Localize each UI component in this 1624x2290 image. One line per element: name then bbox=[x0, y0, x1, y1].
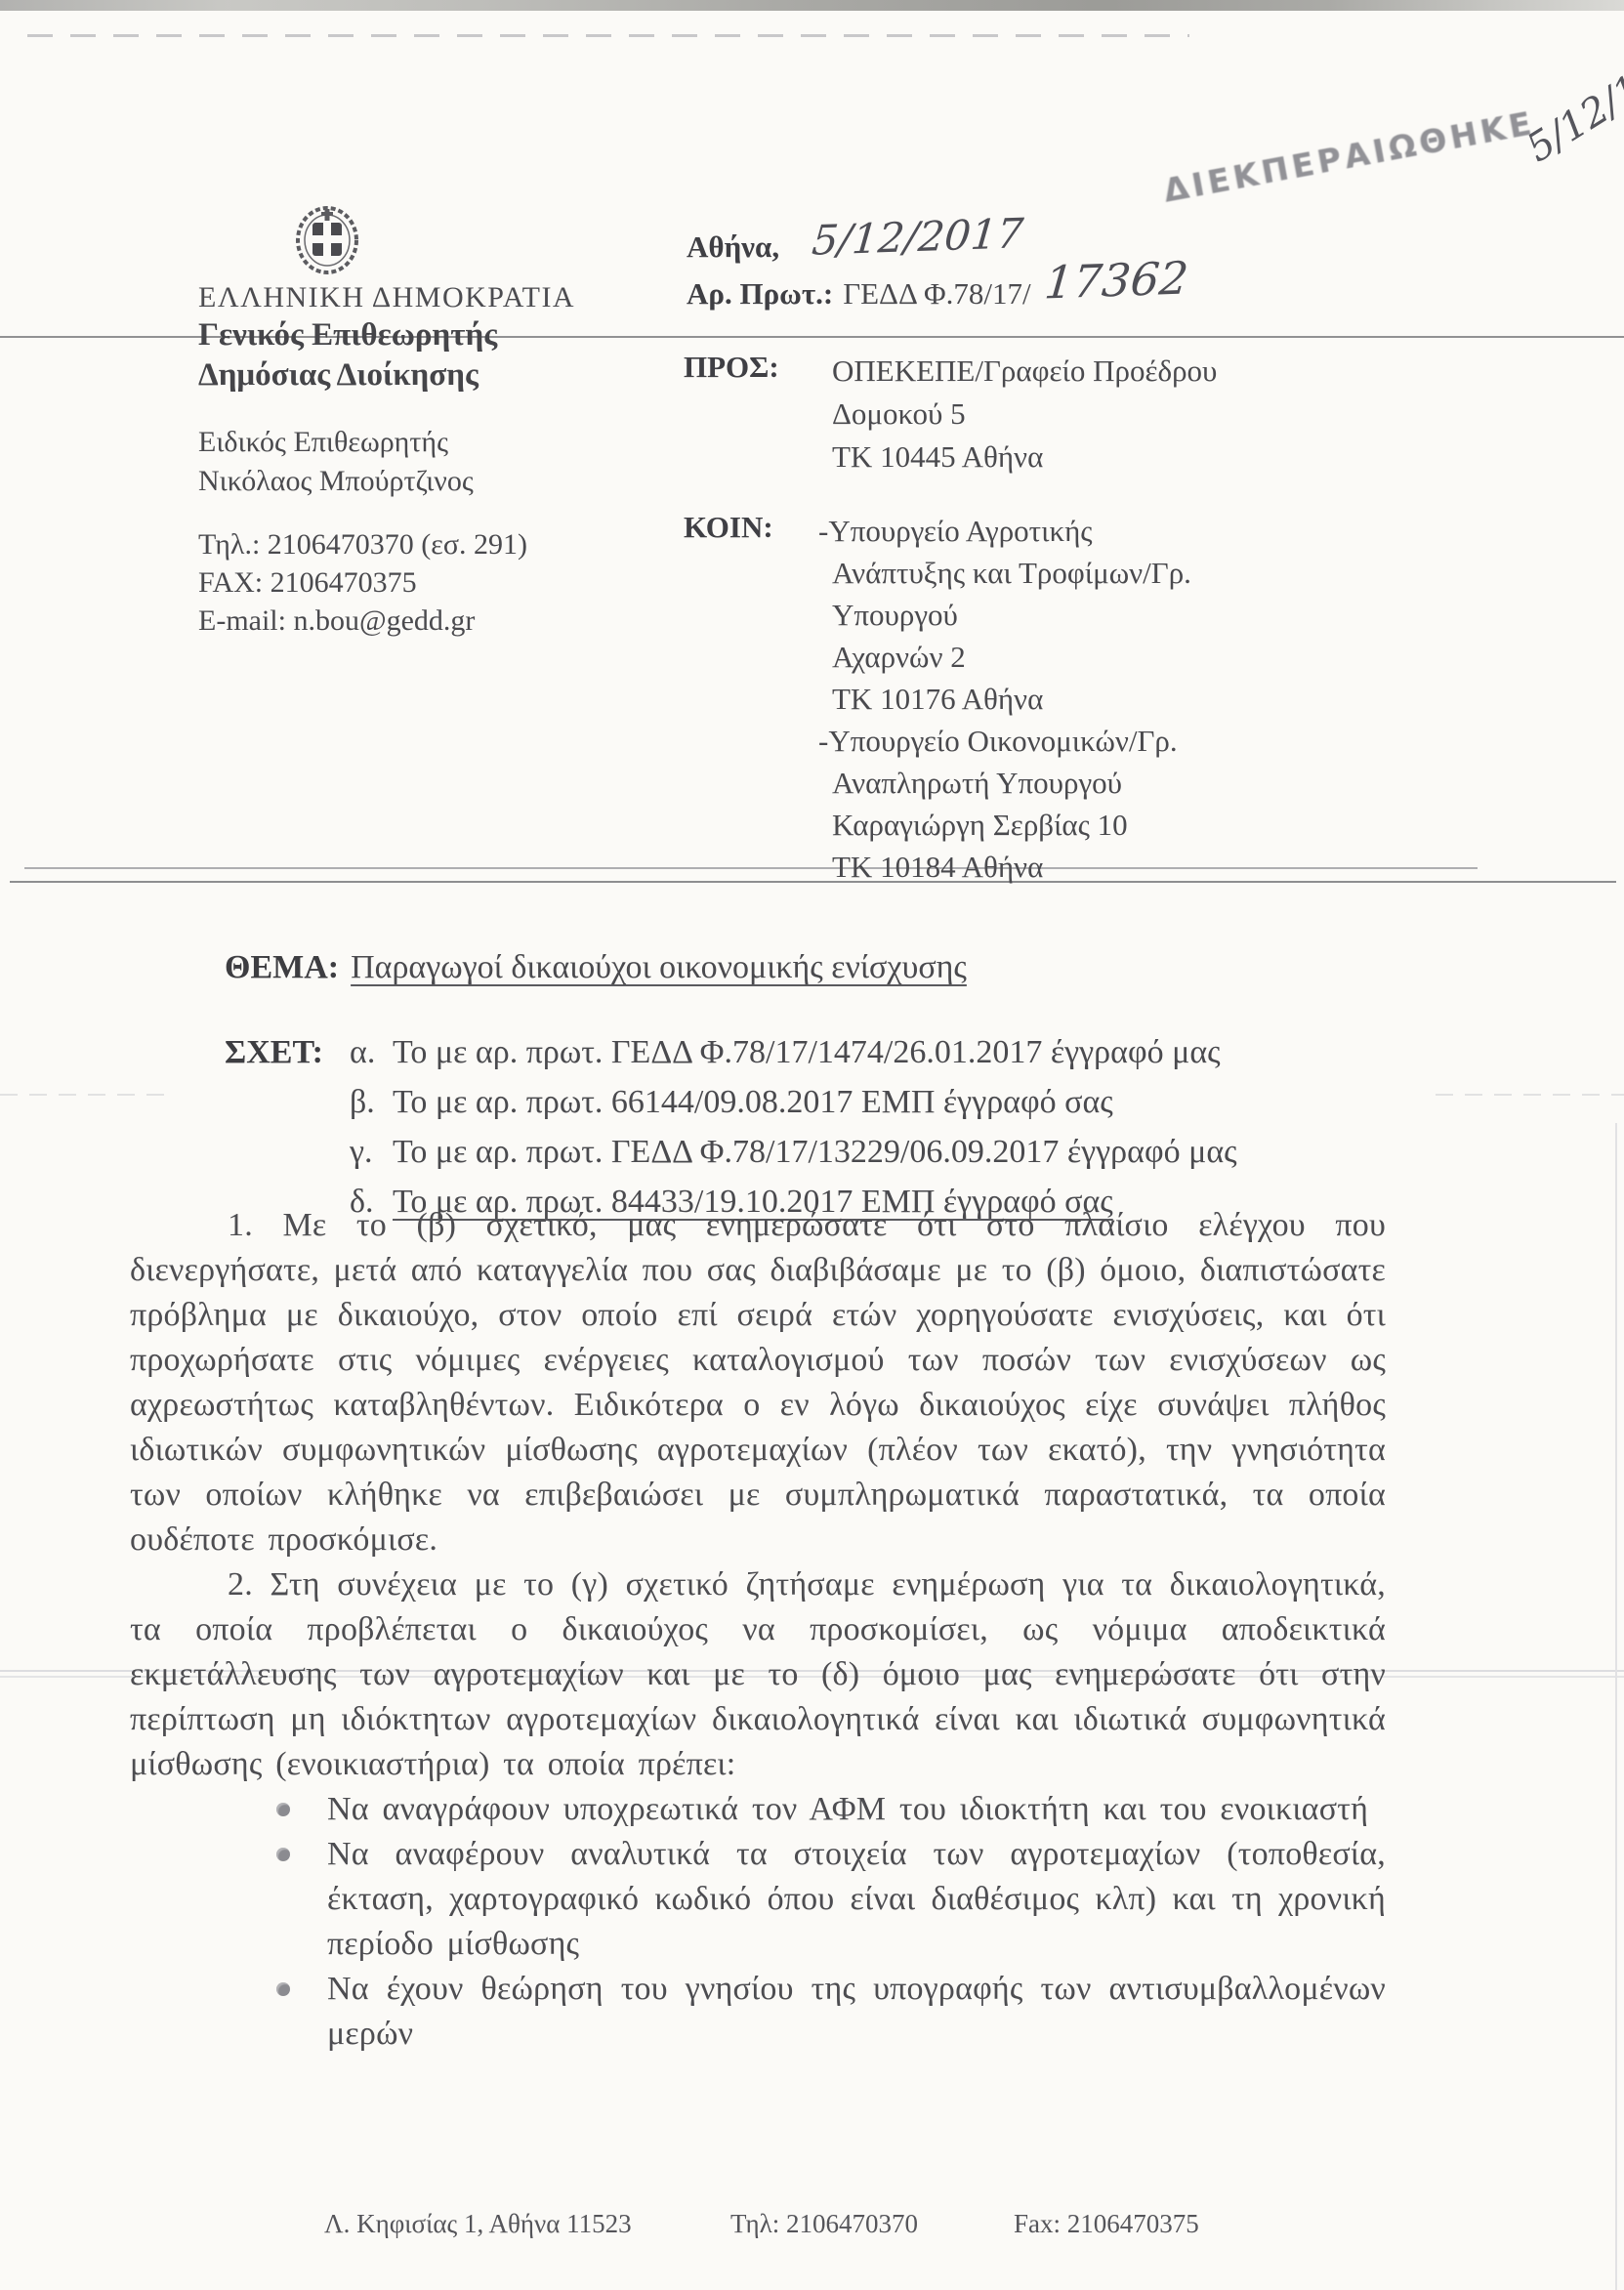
scan-artifact-top-band bbox=[0, 0, 1624, 11]
inspector-block: Ειδικός Επιθεωρητής Νικόλαος Μπούρτζινος bbox=[198, 423, 474, 501]
cc-line: Καραγιώργη Σερβίας 10 bbox=[832, 804, 1191, 846]
stamp-date-handwritten: 5/12/17 bbox=[1520, 54, 1624, 172]
list-item-text: Να αναφέρουν αναλυτικά τα στοιχεία των α… bbox=[327, 1836, 1386, 1962]
reference-text: Το με αρ. πρωτ. 66144/09.08.2017 ΕΜΠ έγγ… bbox=[393, 1084, 1113, 1120]
cc-label: ΚΟΙΝ: bbox=[684, 510, 773, 545]
footer-phone: Τηλ: 2106470370 bbox=[730, 2209, 918, 2239]
reference-index: γ. bbox=[350, 1127, 393, 1177]
cc-line: ΤΚ 10184 Αθήνα bbox=[832, 846, 1191, 888]
references-items: α.Το με αρ. πρωτ. ΓΕΔΔ Φ.78/17/1474/26.0… bbox=[350, 1027, 1237, 1227]
contact-block: Τηλ.: 2106470370 (εσ. 291) FAX: 21064703… bbox=[198, 525, 527, 640]
cc-address: -Υπουργείο Αγροτικής Ανάπτυξης και Τροφί… bbox=[832, 510, 1191, 888]
city-date-line: Αθήνα,5/12/2017 bbox=[687, 219, 1022, 267]
greek-coat-of-arms-icon bbox=[293, 201, 361, 282]
reference-text: Το με αρ. πρωτ. ΓΕΔΔ Φ.78/17/1474/26.01.… bbox=[393, 1034, 1221, 1070]
office-title-line2: Δημόσιας Διοίκησης bbox=[198, 357, 479, 394]
to-line: ΟΠΕΚΕΠΕ/Γραφείο Προέδρου bbox=[832, 350, 1217, 393]
dispatch-stamp-text: ΔΙΕΚΠΕΡΑΙΩΘΗΚΕ bbox=[1160, 104, 1538, 210]
protocol-prefix: ΓΕΔΔ Φ.78/17/ bbox=[843, 276, 1030, 311]
cc-line: Αναπληρωτή Υπουργού bbox=[832, 762, 1191, 804]
inspector-title: Ειδικός Επιθεωρητής bbox=[198, 423, 474, 462]
reference-item: γ.Το με αρ. πρωτ. ΓΕΔΔ Φ.78/17/13229/06.… bbox=[350, 1127, 1237, 1177]
scan-artifact-faint-line-left bbox=[0, 1094, 176, 1096]
header-separator-rule-upper bbox=[24, 867, 1478, 869]
subject-line: ΘΕΜΑ:Παραγωγοί δικαιούχοι οικονομικής εν… bbox=[225, 949, 967, 986]
subject-text: Παραγωγοί δικαιούχοι οικονομικής ενίσχυσ… bbox=[351, 949, 967, 985]
list-item-text: Να αναγράφουν υποχρεωτικά τον ΑΦΜ του ιδ… bbox=[327, 1791, 1368, 1827]
references-label: ΣΧΕΤ: bbox=[225, 1027, 323, 1077]
letter-body: 1. Με το (β) σχετικό, μας ενημερώσατε ότ… bbox=[130, 1203, 1386, 2057]
contact-email: E-mail: n.bou@gedd.gr bbox=[198, 602, 527, 640]
cc-line: ΤΚ 10176 Αθήνα bbox=[832, 678, 1191, 720]
scan-artifact-right-edge bbox=[1615, 1123, 1617, 2290]
contact-phone: Τηλ.: 2106470370 (εσ. 291) bbox=[198, 525, 527, 563]
list-item: Να αναφέρουν αναλυτικά τα στοιχεία των α… bbox=[276, 1832, 1386, 1967]
scan-artifact-faint-line-right bbox=[1436, 1094, 1624, 1096]
to-label: ΠΡΟΣ: bbox=[684, 350, 779, 385]
date-handwritten: 5/12/2017 bbox=[811, 209, 1025, 264]
dispatch-stamp: ΔΙΕΚΠΕΡΑΙΩΘΗΚΕ bbox=[1160, 104, 1538, 210]
bullet-icon bbox=[276, 1848, 290, 1861]
contact-fax: FAX: 2106470375 bbox=[198, 563, 527, 602]
reference-text: Το με αρ. πρωτ. ΓΕΔΔ Φ.78/17/13229/06.09… bbox=[393, 1134, 1237, 1170]
bullet-icon bbox=[276, 1803, 290, 1816]
scan-artifact-dashed-line bbox=[27, 34, 1189, 37]
cc-line: -Υπουργείο Αγροτικής bbox=[832, 510, 1191, 552]
republic-title: ΕΛΛΗΝΙΚΗ ΔΗΜΟΚΡΑΤΙΑ bbox=[198, 281, 575, 314]
body-paragraph-1: 1. Με το (β) σχετικό, μας ενημερώσατε ότ… bbox=[130, 1203, 1386, 1562]
bullet-icon bbox=[276, 1982, 290, 1996]
footer-address: Λ. Κηφισίας 1, Αθήνα 11523 bbox=[324, 2209, 632, 2239]
to-line: ΤΚ 10445 Αθήνα bbox=[832, 436, 1217, 479]
reference-index: β. bbox=[350, 1077, 393, 1127]
references-block: ΣΧΕΤ: α.Το με αρ. πρωτ. ΓΕΔΔ Φ.78/17/147… bbox=[225, 1027, 1237, 1227]
cc-line: Υπουργού bbox=[832, 594, 1191, 636]
cc-line: Ανάπτυξης και Τροφίμων/Γρ. bbox=[832, 552, 1191, 594]
cc-line: -Υπουργείο Οικονομικών/Γρ. bbox=[832, 720, 1191, 762]
list-item-text: Να έχουν θεώρηση του γνησίου της υπογραφ… bbox=[327, 1971, 1386, 2052]
to-line: Δομοκού 5 bbox=[832, 393, 1217, 436]
reference-item: α.Το με αρ. πρωτ. ΓΕΔΔ Φ.78/17/1474/26.0… bbox=[350, 1027, 1237, 1077]
protocol-line: Αρ. Πρωτ.:ΓΕΔΔ Φ.78/17/17362 bbox=[687, 262, 1187, 314]
protocol-number-handwritten: 17362 bbox=[1042, 251, 1190, 309]
cc-line: Αχαρνών 2 bbox=[832, 636, 1191, 678]
city-label: Αθήνα, bbox=[687, 229, 779, 264]
list-item: Να έχουν θεώρηση του γνησίου της υπογραφ… bbox=[276, 1967, 1386, 2057]
subject-label: ΘΕΜΑ: bbox=[225, 949, 339, 985]
protocol-label: Αρ. Πρωτ.: bbox=[687, 276, 833, 311]
requirements-list: Να αναγράφουν υποχρεωτικά τον ΑΦΜ του ιδ… bbox=[130, 1787, 1386, 2057]
inspector-name: Νικόλαος Μπούρτζινος bbox=[198, 462, 474, 501]
office-title-line1: Γενικός Επιθεωρητής bbox=[198, 317, 497, 354]
reference-index: α. bbox=[350, 1027, 393, 1077]
list-item: Να αναγράφουν υποχρεωτικά τον ΑΦΜ του ιδ… bbox=[276, 1787, 1386, 1832]
header-separator-rule-lower bbox=[10, 881, 1616, 883]
reference-item: β.Το με αρ. πρωτ. 66144/09.08.2017 ΕΜΠ έ… bbox=[350, 1077, 1237, 1127]
body-paragraph-2: 2. Στη συνέχεια με το (γ) σχετικό ζητήσα… bbox=[130, 1562, 1386, 1787]
scanned-letter-page: ΔΙΕΚΠΕΡΑΙΩΘΗΚΕ 5/12/17 ΕΛΛΗΝΙΚΗ ΔΗΜΟΚΡΑΤ… bbox=[0, 0, 1624, 2290]
to-address: ΟΠΕΚΕΠΕ/Γραφείο Προέδρου Δομοκού 5 ΤΚ 10… bbox=[832, 350, 1217, 479]
footer-fax: Fax: 2106470375 bbox=[1014, 2209, 1199, 2239]
